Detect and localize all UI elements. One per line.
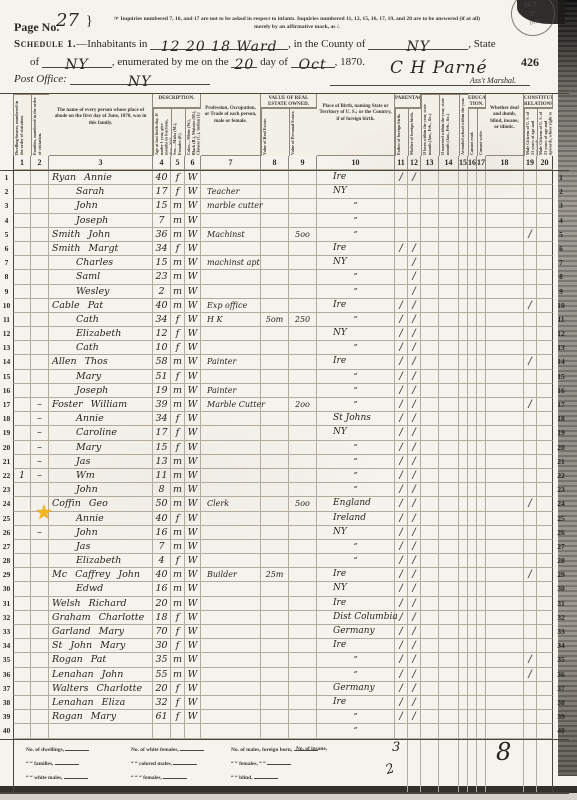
cell-mother-foreign: [408, 724, 421, 738]
cell-birthplace: Ire: [317, 597, 395, 611]
cell-dwelling-number: [13, 327, 31, 341]
row-number-left: 21: [0, 455, 13, 469]
cell-real-estate: [261, 540, 289, 554]
cell-dwelling-number: [13, 526, 31, 540]
cell-name: St John Mary: [49, 639, 153, 653]
row-number-left: 22: [0, 469, 13, 483]
cell-name: Cath: [49, 341, 153, 355]
cell-color: W: [185, 653, 201, 667]
cell-father-foreign: /: [395, 398, 408, 412]
cell-age: 50: [153, 497, 171, 511]
cell-birthplace: ”: [317, 270, 395, 284]
cell-sex: f: [171, 313, 185, 327]
cell-age: 34: [153, 242, 171, 256]
cell-deaf-dumb: [486, 256, 524, 270]
cell-color: W: [185, 285, 201, 299]
cell-age: 20: [153, 682, 171, 696]
county-value: NY: [406, 39, 430, 55]
cell-personal-estate: [289, 441, 317, 455]
cell-cannot-read: [468, 313, 477, 327]
cell-personal-estate: 5oo: [289, 228, 317, 242]
cell-cannot-write: [477, 313, 486, 327]
footer-label-grid: No. of dwellings, No. of white females, …: [26, 744, 395, 786]
cell-real-estate: [261, 256, 289, 270]
cell-personal-estate: [289, 597, 317, 611]
cell-father-foreign: /: [395, 341, 408, 355]
cell-mother-foreign: /: [408, 285, 421, 299]
cell-occupation: [201, 540, 261, 554]
cell-citizen-denied: [537, 228, 553, 242]
cell-month-married: [439, 285, 459, 299]
cell-color: W: [185, 355, 201, 369]
cell-cannot-write: [477, 455, 486, 469]
cell-age: 20: [153, 597, 171, 611]
cell-occupation: Exp office: [201, 299, 261, 313]
cell-birthplace: Ire: [317, 696, 395, 710]
cell-citizen-denied: [537, 199, 553, 213]
cell-occupation: Machinst: [201, 228, 261, 242]
cell-name: Allen Thos: [49, 355, 153, 369]
cell-father-foreign: /: [395, 327, 408, 341]
cell-dwelling-number: [13, 554, 31, 568]
cell-personal-estate: [289, 568, 317, 582]
footer-blank: [254, 772, 278, 779]
cell-age: 4: [153, 554, 171, 568]
cell-cannot-read: [468, 653, 477, 667]
cell-sex: m: [171, 398, 185, 412]
cell-month-born: [421, 398, 439, 412]
cell-age: 13: [153, 455, 171, 469]
cell-month-married: [439, 256, 459, 270]
cell-deaf-dumb: [486, 355, 524, 369]
cell-sex: m: [171, 653, 185, 667]
cell-attended-school: [459, 313, 468, 327]
cell-sex: f: [171, 682, 185, 696]
cell-month-married: [439, 199, 459, 213]
row-number-left: 15: [0, 370, 13, 384]
footer-blank: [65, 744, 89, 751]
cell-citizen-denied: [537, 597, 553, 611]
cell-male-citizen: [524, 171, 537, 185]
cell-attended-school: [459, 512, 468, 526]
column-number: 4: [153, 156, 171, 170]
cell-name: Lenahan John: [49, 668, 153, 682]
cell-family-number: –: [31, 426, 49, 440]
cell-cannot-write: [477, 171, 486, 185]
post-office-blank: NY: [70, 74, 210, 85]
cell-color: W: [185, 455, 201, 469]
cell-citizen-denied: [537, 512, 553, 526]
row-number-right: 13: [553, 341, 569, 355]
cell-personal-estate: 5oo: [289, 497, 317, 511]
cell-month-married: [439, 611, 459, 625]
cell-citizen-denied: [537, 327, 553, 341]
cell-month-married: [439, 185, 459, 199]
cell-deaf-dumb: [486, 568, 524, 582]
cell-birthplace: Germany: [317, 625, 395, 639]
cell-name: Lenahan Eliza: [49, 696, 153, 710]
column-number-row: 1234567891011121314151617181920: [0, 156, 569, 171]
cell-age: 10: [153, 341, 171, 355]
cell-attended-school: [459, 526, 468, 540]
cell-cannot-read: [468, 668, 477, 682]
state-blank: NY: [42, 57, 112, 68]
day-of-label: day of: [260, 56, 288, 68]
cell-cannot-write: [477, 582, 486, 596]
cell-cannot-read: [468, 540, 477, 554]
cell-month-born: [421, 582, 439, 596]
row-number-left: 23: [0, 483, 13, 497]
footer-label: “ “ “ females,: [131, 772, 231, 786]
cell-father-foreign: /: [395, 682, 408, 696]
cell-age: 36: [153, 228, 171, 242]
row-number-right: 34: [553, 639, 569, 653]
cell-cannot-write: [477, 597, 486, 611]
column-number: 3: [49, 156, 153, 170]
cell-father-foreign: /: [395, 313, 408, 327]
cell-personal-estate: [289, 724, 317, 738]
cell-citizen-denied: [537, 668, 553, 682]
cell-dwelling-number: [13, 242, 31, 256]
cell-mother-foreign: /: [408, 568, 421, 582]
cell-sex: f: [171, 554, 185, 568]
cell-color: W: [185, 242, 201, 256]
cell-month-married: [439, 568, 459, 582]
cell-birthplace: Germany: [317, 682, 395, 696]
cell-month-born: [421, 568, 439, 582]
cell-father-foreign: /: [395, 668, 408, 682]
cell-month-born: [421, 171, 439, 185]
cell-attended-school: [459, 185, 468, 199]
cell-family-number: [31, 299, 49, 313]
cell-occupation: [201, 285, 261, 299]
cell-occupation: [201, 554, 261, 568]
row-number-left: 10: [0, 299, 13, 313]
cell-deaf-dumb: [486, 426, 524, 440]
cell-male-citizen: [524, 540, 537, 554]
cell-name: Wesley: [49, 285, 153, 299]
cell-family-number: [31, 355, 49, 369]
cell-birthplace: NY: [317, 185, 395, 199]
cell-month-married: [439, 554, 459, 568]
cell-sex: m: [171, 214, 185, 228]
cell-sex: m: [171, 455, 185, 469]
cell-family-number: [31, 710, 49, 724]
cell-attended-school: [459, 554, 468, 568]
row-number-left: 30: [0, 582, 13, 596]
cell-name: Jas: [49, 540, 153, 554]
cell-dwelling-number: [13, 355, 31, 369]
cell-month-born: [421, 554, 439, 568]
cell-attended-school: [459, 270, 468, 284]
cell-male-citizen: /: [524, 497, 537, 511]
cell-male-citizen: [524, 710, 537, 724]
cell-color: W: [185, 469, 201, 483]
cell-family-number: –: [31, 526, 49, 540]
page-no-brace: }: [86, 14, 93, 30]
cell-personal-estate: [289, 214, 317, 228]
cell-cannot-write: [477, 682, 486, 696]
cell-birthplace: ”: [317, 398, 395, 412]
cell-dwelling-number: [13, 285, 31, 299]
cell-real-estate: [261, 270, 289, 284]
form-instructions: ☞ Inquiries numbered 7, 16, and 17 are n…: [112, 16, 482, 31]
marshal-signature: C H Parné: [390, 58, 488, 78]
cell-dwelling-number: 1: [13, 469, 31, 483]
cell-age: 40: [153, 299, 171, 313]
cell-occupation: Builder: [201, 568, 261, 582]
cell-cannot-read: [468, 639, 477, 653]
cell-dwelling-number: [13, 497, 31, 511]
cell-sex: f: [171, 370, 185, 384]
cell-mother-foreign: /: [408, 441, 421, 455]
cell-cannot-write: [477, 285, 486, 299]
cell-attended-school: [459, 483, 468, 497]
cell-male-citizen: [524, 469, 537, 483]
cell-personal-estate: [289, 554, 317, 568]
cell-deaf-dumb: [486, 582, 524, 596]
cell-citizen-denied: [537, 341, 553, 355]
cell-name: Mary: [49, 441, 153, 455]
cell-occupation: [201, 710, 261, 724]
cell-cannot-read: [468, 455, 477, 469]
cell-cannot-write: [477, 639, 486, 653]
cell-color: W: [185, 412, 201, 426]
cell-occupation: [201, 696, 261, 710]
cell-attended-school: [459, 653, 468, 667]
footer-blank: [267, 758, 291, 765]
page-header: Page No. 27 } ☞ Inquiries numbered 7, 16…: [0, 0, 577, 93]
footer-label: “ “ females, “ “: [231, 758, 366, 772]
cell-mother-foreign: /: [408, 682, 421, 696]
cell-occupation: [201, 341, 261, 355]
cell-color: [185, 724, 201, 738]
row-number-left: 29: [0, 568, 13, 582]
cell-cannot-read: [468, 256, 477, 270]
cell-real-estate: [261, 214, 289, 228]
cell-mother-foreign: [408, 214, 421, 228]
cell-attended-school: [459, 469, 468, 483]
cell-month-married: [439, 540, 459, 554]
cell-month-born: [421, 497, 439, 511]
row-number-right: 6: [553, 242, 569, 256]
cell-father-foreign: /: [395, 710, 408, 724]
cell-mother-foreign: /: [408, 270, 421, 284]
right-number-spacer: [553, 156, 569, 170]
cell-age: 70: [153, 625, 171, 639]
row-number-right: 10: [553, 299, 569, 313]
cell-sex: m: [171, 285, 185, 299]
cell-name: John: [49, 483, 153, 497]
cell-sex: m: [171, 568, 185, 582]
cell-sex: m: [171, 497, 185, 511]
row-number-right: 9: [553, 285, 569, 299]
cell-month-married: [439, 313, 459, 327]
cell-personal-estate: [289, 696, 317, 710]
cell-father-foreign: /: [395, 299, 408, 313]
cell-male-citizen: [524, 270, 537, 284]
district-blank: 12 20 18 Ward: [150, 39, 288, 50]
footer-insane-label: No. of insane,: [296, 746, 327, 752]
state-value: NY: [65, 57, 89, 73]
row-number-right: 7: [553, 256, 569, 270]
footer-label-text: No. of white females,: [131, 747, 179, 753]
cell-personal-estate: [289, 483, 317, 497]
cell-citizen-denied: [537, 455, 553, 469]
cell-father-foreign: /: [395, 639, 408, 653]
cell-occupation: [201, 171, 261, 185]
cell-month-married: [439, 597, 459, 611]
cell-sex: m: [171, 469, 185, 483]
cell-mother-foreign: /: [408, 597, 421, 611]
cell-attended-school: [459, 341, 468, 355]
cell-mother-foreign: /: [408, 327, 421, 341]
footer-col: [524, 740, 537, 792]
cell-cannot-read: [468, 327, 477, 341]
cell-father-foreign: /: [395, 568, 408, 582]
cell-father-foreign: /: [395, 483, 408, 497]
cell-attended-school: [459, 710, 468, 724]
cell-sex: f: [171, 441, 185, 455]
cell-real-estate: [261, 682, 289, 696]
cell-cannot-read: [468, 412, 477, 426]
cell-age: 11: [153, 469, 171, 483]
row-number-right: 37: [553, 682, 569, 696]
cell-month-born: [421, 597, 439, 611]
cell-male-citizen: [524, 483, 537, 497]
cell-attended-school: [459, 668, 468, 682]
row-number-right: 24: [553, 497, 569, 511]
cell-deaf-dumb: [486, 171, 524, 185]
cell-male-citizen: [524, 384, 537, 398]
column-number: 6: [185, 156, 201, 170]
cell-male-citizen: [524, 582, 537, 596]
cell-deaf-dumb: [486, 611, 524, 625]
cell-sex: f: [171, 185, 185, 199]
cell-attended-school: [459, 497, 468, 511]
cell-month-married: [439, 696, 459, 710]
group-header-education: EDUCA- TION.: [468, 94, 486, 108]
cell-mother-foreign: /: [408, 370, 421, 384]
cell-attended-school: [459, 696, 468, 710]
cell-personal-estate: [289, 299, 317, 313]
cell-month-married: [439, 270, 459, 284]
footer-col: [439, 740, 459, 792]
cell-month-born: [421, 540, 439, 554]
row-number-right: 17: [553, 398, 569, 412]
row-number-left: 32: [0, 611, 13, 625]
col-header-cannot-read: Cannot read.: [468, 108, 477, 156]
cell-real-estate: 5om: [261, 313, 289, 327]
cell-birthplace: ”: [317, 313, 395, 327]
col-header-mother-foreign: Mother of foreign birth.: [408, 108, 421, 156]
row-number-right: 16: [553, 384, 569, 398]
cell-family-number: [31, 597, 49, 611]
cell-mother-foreign: [408, 185, 421, 199]
cell-name: Graham Charlotte: [49, 611, 153, 625]
cell-color: W: [185, 540, 201, 554]
col-header-birthplace: Place of Birth, naming State or Territor…: [317, 94, 395, 156]
enumeration-line: of NY, enumerated by me on the 20 day of…: [30, 56, 365, 68]
cell-color: W: [185, 696, 201, 710]
footer-label: No. of dwellings,: [26, 744, 131, 758]
cell-real-estate: [261, 299, 289, 313]
cell-cannot-write: [477, 540, 486, 554]
cell-dwelling-number: [13, 299, 31, 313]
cell-father-foreign: /: [395, 540, 408, 554]
cell-name: Walters Charlotte: [49, 682, 153, 696]
cell-birthplace: ”: [317, 724, 395, 738]
cell-personal-estate: [289, 639, 317, 653]
cell-citizen-denied: [537, 185, 553, 199]
cell-attended-school: [459, 455, 468, 469]
cell-citizen-denied: [537, 256, 553, 270]
cell-month-born: [421, 313, 439, 327]
cell-cannot-read: [468, 483, 477, 497]
cell-month-married: [439, 483, 459, 497]
cell-male-citizen: [524, 313, 537, 327]
cell-cannot-read: [468, 710, 477, 724]
col-header-male-citizens: Male Citizens of U. S. of 21 years of ag…: [524, 108, 537, 156]
cell-name: Joseph: [49, 214, 153, 228]
cell-citizen-denied: [537, 497, 553, 511]
cell-mother-foreign: /: [408, 313, 421, 327]
row-number-right: 22: [553, 469, 569, 483]
cell-sex: f: [171, 696, 185, 710]
of-label: of: [30, 56, 39, 68]
column-number: 18: [486, 156, 524, 170]
cell-father-foreign: /: [395, 441, 408, 455]
cell-dwelling-number: [13, 611, 31, 625]
cell-dwelling-number: [13, 214, 31, 228]
cell-mother-foreign: /: [408, 384, 421, 398]
row-number-left: 36: [0, 668, 13, 682]
cell-citizen-denied: [537, 398, 553, 412]
cell-citizen-denied: [537, 242, 553, 256]
cell-cannot-read: [468, 242, 477, 256]
cell-birthplace: Dist Columbia: [317, 611, 395, 625]
column-number: 7: [201, 156, 261, 170]
cell-male-citizen: [524, 639, 537, 653]
cell-cannot-read: [468, 299, 477, 313]
cell-age: 15: [153, 441, 171, 455]
cell-birthplace: NY: [317, 327, 395, 341]
cell-occupation: H K: [201, 313, 261, 327]
cell-family-number: [31, 540, 49, 554]
cell-occupation: [201, 668, 261, 682]
cell-male-citizen: /: [524, 228, 537, 242]
column-number: 14: [439, 156, 459, 170]
cell-month-married: [439, 228, 459, 242]
cell-age: 16: [153, 526, 171, 540]
cell-occupation: [201, 724, 261, 738]
cell-personal-estate: [289, 582, 317, 596]
cell-name: Cable Pat: [49, 299, 153, 313]
cell-cannot-read: [468, 724, 477, 738]
cell-family-number: [31, 199, 49, 213]
cell-male-citizen: [524, 214, 537, 228]
cell-personal-estate: [289, 242, 317, 256]
cell-month-married: [439, 441, 459, 455]
cell-month-married: [439, 639, 459, 653]
cell-cannot-read: [468, 582, 477, 596]
cell-dwelling-number: [13, 483, 31, 497]
cell-birthplace: ”: [317, 554, 395, 568]
cell-name: Annie: [49, 412, 153, 426]
footer-left-gutter: [0, 740, 13, 792]
cell-real-estate: [261, 412, 289, 426]
cell-cannot-read: [468, 171, 477, 185]
